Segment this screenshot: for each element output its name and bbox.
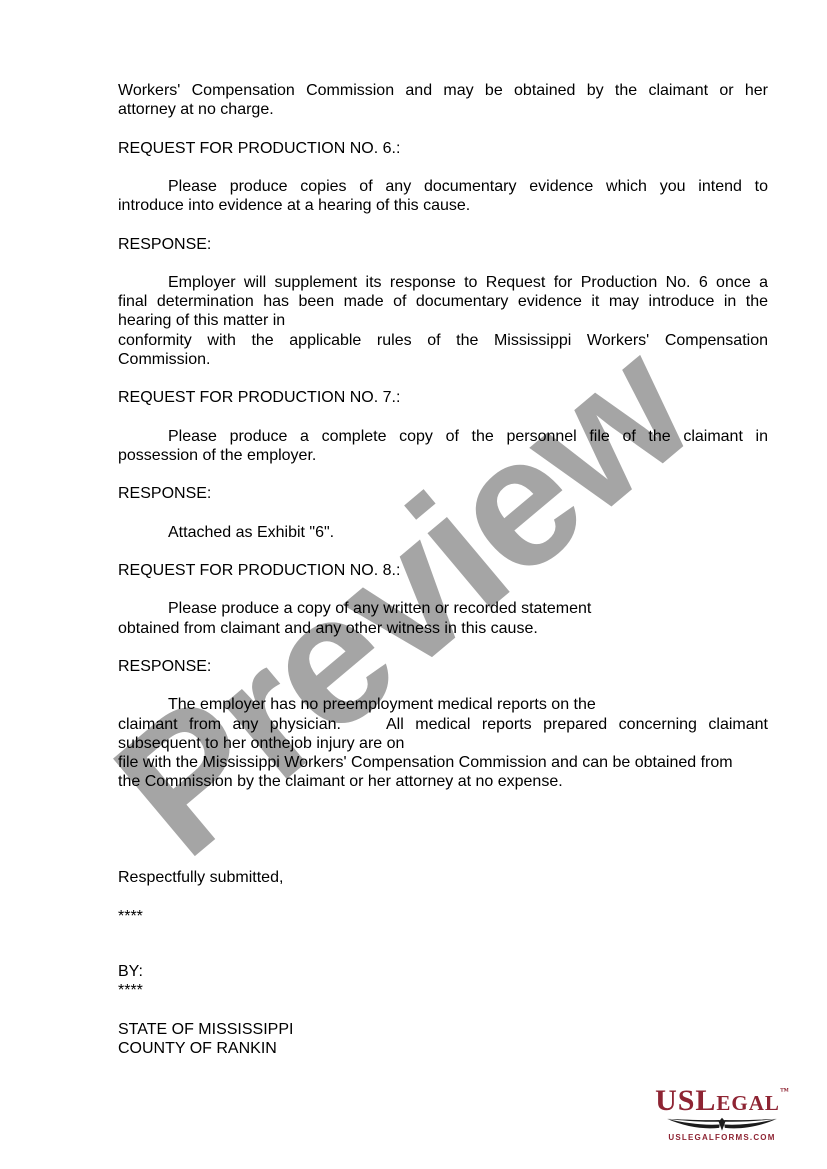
doc-line: hearing of this matter in (118, 311, 768, 330)
response-heading: RESPONSE: (118, 484, 768, 503)
doc-line: Please produce copies of any documentary… (118, 177, 768, 196)
signature-placeholder: **** (118, 907, 768, 926)
signature-placeholder: **** (118, 981, 768, 1000)
doc-line: claimant from any physician. All medical… (118, 715, 768, 734)
state-line: STATE OF MISSISSIPPI (118, 1020, 768, 1039)
document-page: Preview Workers' Compensation Commission… (0, 0, 827, 1169)
trademark-symbol: ™ (780, 1086, 789, 1096)
doc-line: the Commission by the claimant or her at… (118, 772, 768, 791)
request-heading-8: REQUEST FOR PRODUCTION NO. 8.: (118, 561, 768, 580)
doc-line: introduce into evidence at a hearing of … (118, 196, 768, 215)
wordmark-egal: EGAL (716, 1091, 780, 1115)
response-heading: RESPONSE: (118, 657, 768, 676)
doc-line: subsequent to her onthejob injury are on (118, 734, 768, 753)
doc-line: obtained from claimant and any other wit… (118, 619, 768, 638)
request-heading-6: REQUEST FOR PRODUCTION NO. 6.: (118, 139, 768, 158)
request-heading-7: REQUEST FOR PRODUCTION NO. 7.: (118, 388, 768, 407)
respectfully-submitted: Respectfully submitted, (118, 868, 768, 887)
uslegal-wordmark: USLEGAL™ (647, 1086, 797, 1116)
doc-line: final determination has been made of doc… (118, 292, 768, 311)
doc-line: Please produce a copy of any written or … (118, 599, 768, 618)
eagle-icon (666, 1117, 778, 1132)
doc-line: attorney at no charge. (118, 100, 768, 119)
document-content: Workers' Compensation Commission and may… (118, 81, 768, 1058)
doc-line: conformity with the applicable rules of … (118, 331, 768, 350)
doc-line: The employer has no preemployment medica… (118, 695, 768, 714)
doc-line: Commission. (118, 350, 768, 369)
doc-line: Attached as Exhibit "6". (118, 523, 768, 542)
county-line: COUNTY OF RANKIN (118, 1039, 768, 1058)
doc-line: Employer will supplement its response to… (118, 273, 768, 292)
response-heading: RESPONSE: (118, 235, 768, 254)
doc-line: Please produce a complete copy of the pe… (118, 427, 768, 446)
doc-line: possession of the employer. (118, 446, 768, 465)
doc-line: Workers' Compensation Commission and may… (118, 81, 768, 100)
by-line: BY: (118, 962, 768, 981)
doc-line: file with the Mississippi Workers' Compe… (118, 753, 768, 772)
uslegalforms-url: USLEGALFORMS.COM (647, 1133, 797, 1142)
uslegal-logo: USLEGAL™ USLEGALFORMS.COM (647, 1086, 797, 1142)
wordmark-usl: USL (655, 1084, 716, 1117)
